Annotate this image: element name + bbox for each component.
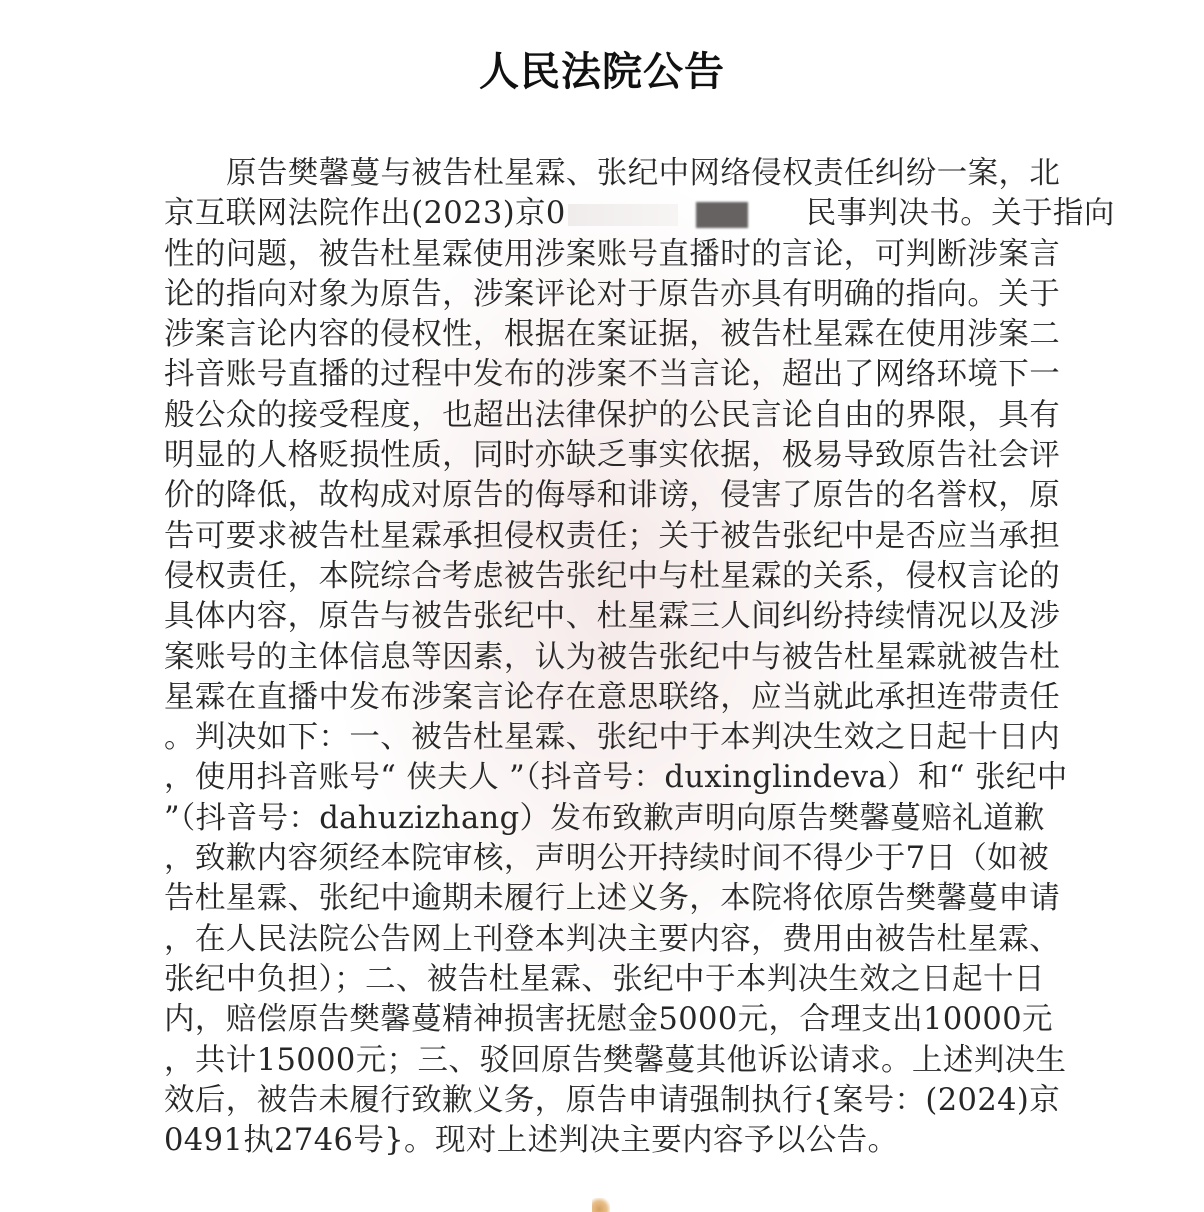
text-segment: 民事判决书。关于指向 — [806, 196, 1115, 231]
text-line: 原告樊馨蔓与被告杜星霖、张纪中网络侵权责任纠纷一案，北 — [164, 154, 1064, 194]
text-line: 价的降低，故构成对原告的侮辱和诽谤，侵害了原告的名誉权，原 — [164, 476, 1064, 516]
text-line: 性的问题，被告杜星霖使用涉案账号直播时的言论，可判断涉案言 — [164, 235, 1064, 275]
text-line: 告可要求被告杜星霖承担侵权责任；关于被告张纪中是否应当承担 — [164, 517, 1064, 557]
text-line: ，使用抖音账号“ 侠夫人 ”（抖音号：duxinglindeva）和“ 张纪中 — [164, 758, 1064, 798]
page-title: 人民法院公告 — [0, 40, 1204, 97]
text-line: 。判决如下：一、被告杜星霖、张纪中于本判决生效之日起十日内 — [164, 718, 1064, 758]
text-line: ，共计15000元；三、驳回原告樊馨蔓其他诉讼请求。上述判决生 — [164, 1041, 1064, 1081]
redaction-block — [696, 202, 748, 228]
text-line: 0491执2746号}。现对上述判决主要内容予以公告。 — [164, 1121, 1064, 1161]
text-line: 涉案言论内容的侵权性，根据在案证据，被告杜星霖在使用涉案二 — [164, 315, 1064, 355]
text-line: 具体内容，原告与被告张纪中、杜星霖三人间纠纷持续情况以及涉 — [164, 597, 1064, 637]
text-line: 侵权责任，本院综合考虑被告张纪中与杜星霖的关系，侵权言论的 — [164, 557, 1064, 597]
text-line: 星霖在直播中发布涉案言论存在意思联络，应当就此承担连带责任 — [164, 678, 1064, 718]
text-line: 效后，被告未履行致歉义务，原告申请强制执行{案号：(2024)京 — [164, 1081, 1064, 1121]
text-line: ，致歉内容须经本院审核，声明公开持续时间不得少于7日（如被 — [164, 839, 1064, 879]
text-segment: 京互联网法院作出(2023)京0 — [164, 196, 566, 231]
text-line: 张纪中负担）；二、被告杜星霖、张纪中于本判决生效之日起十日 — [164, 960, 1064, 1000]
redaction-blur — [568, 204, 678, 226]
text-line: 明显的人格贬损性质，同时亦缺乏事实依据，极易导致原告社会评 — [164, 436, 1064, 476]
text-line-with-redaction: 京互联网法院作出(2023)京0民事判决书。关于指向 — [164, 194, 1064, 234]
partial-icon-edge — [592, 1198, 610, 1212]
text-line: 内，赔偿原告樊馨蔓精神损害抚慰金5000元，合理支出10000元 — [164, 1000, 1064, 1040]
text-line: 论的指向对象为原告，涉案评论对于原告亦具有明确的指向。关于 — [164, 275, 1064, 315]
text-line: 告杜星霖、张纪中逾期未履行上述义务，本院将依原告樊馨蔓申请 — [164, 879, 1064, 919]
text-line: ”（抖音号：dahuzizhang）发布致歉声明向原告樊馨蔓赔礼道歉 — [164, 799, 1064, 839]
text-line: 抖音账号直播的过程中发布的涉案不当言论，超出了网络环境下一 — [164, 355, 1064, 395]
text-line: ，在人民法院公告网上刊登本判决主要内容，费用由被告杜星霖、 — [164, 920, 1064, 960]
text-line: 般公众的接受程度，也超出法律保护的公民言论自由的界限，具有 — [164, 396, 1064, 436]
text-line: 案账号的主体信息等因素，认为被告张纪中与被告杜星霖就被告杜 — [164, 638, 1064, 678]
announcement-body: 原告樊馨蔓与被告杜星霖、张纪中网络侵权责任纠纷一案，北 京互联网法院作出(202… — [164, 154, 1064, 1161]
